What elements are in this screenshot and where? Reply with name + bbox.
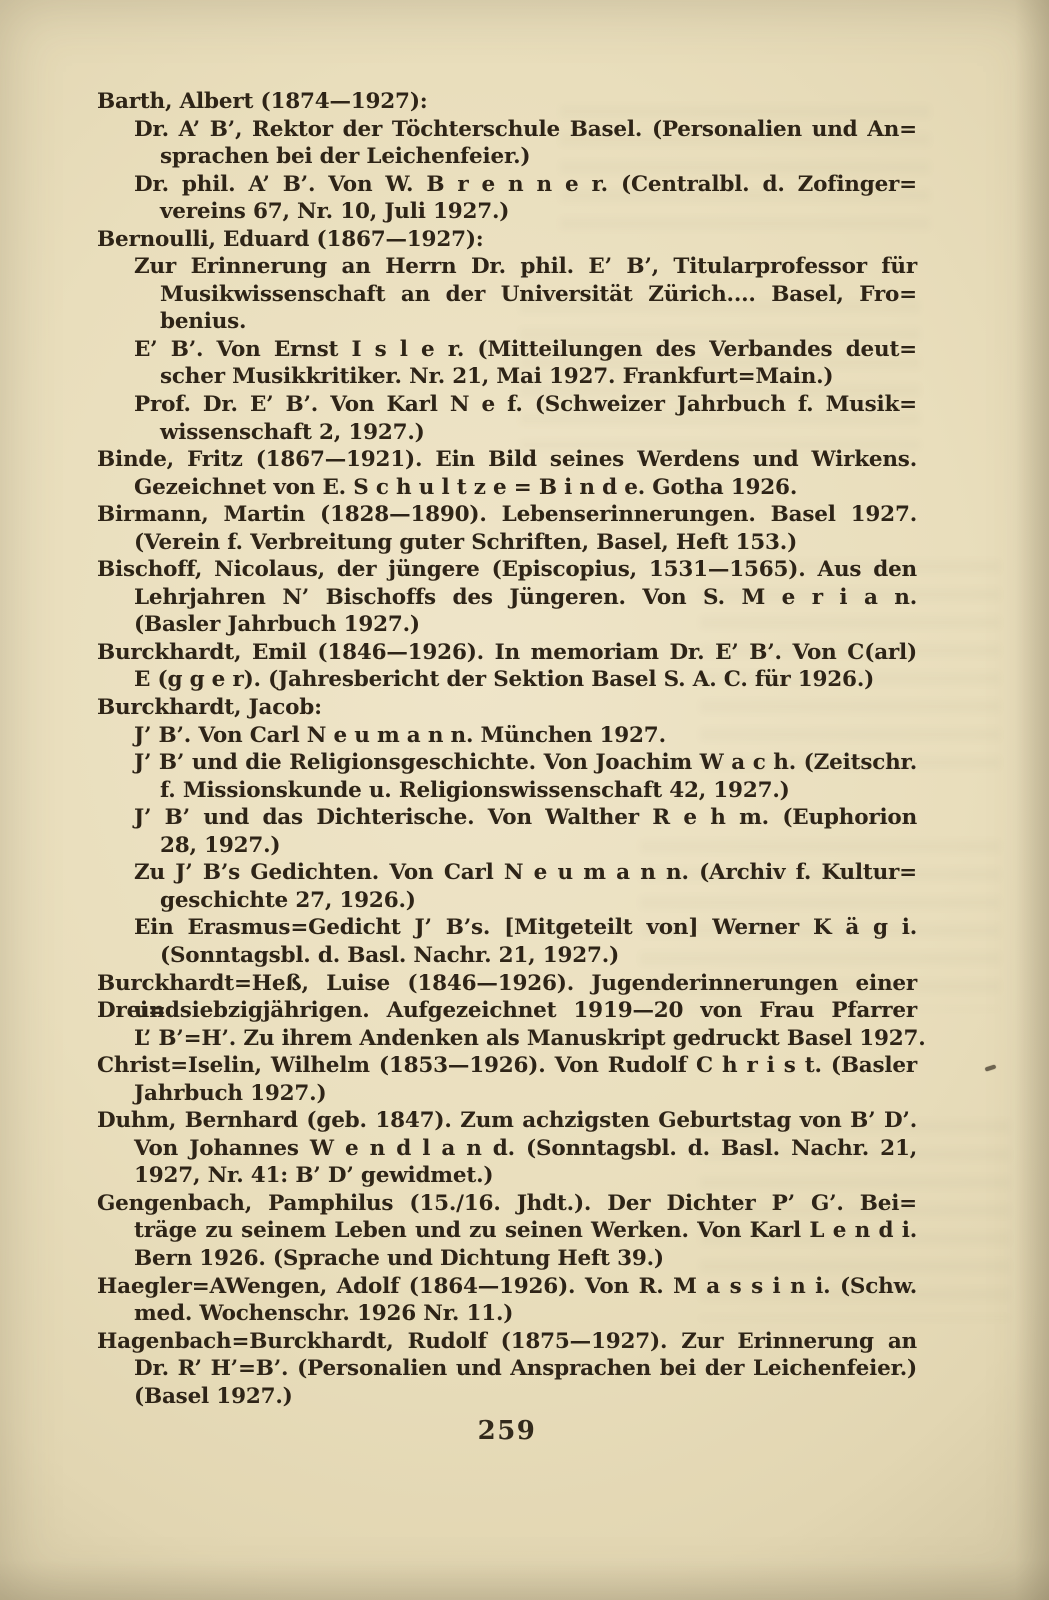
bibliography-line: Lehrjahren N’ Bischoffs des Jüngeren. Vo…: [97, 584, 917, 612]
bibliography-line: Von Johannes W e n d l a n d. (Sonntagsb…: [97, 1135, 917, 1163]
page-edge-shadow: [0, 1560, 1049, 1600]
bibliography-line: E’ B’. Von Ernst I s l e r. (Mitteilunge…: [97, 336, 917, 364]
bibliography-line: f. Missionskunde u. Religionswissenschaf…: [97, 777, 917, 805]
bibliography-line: scher Musikkritiker. Nr. 21, Mai 1927. F…: [97, 363, 917, 391]
bibliography-line: wissenschaft 2, 1927.): [97, 419, 917, 447]
bibliography-line: (Basler Jahrbuch 1927.): [97, 611, 917, 639]
bibliography-line: Barth, Albert (1874—1927):: [97, 88, 917, 116]
scanned-book-page: Barth, Albert (1874—1927):Dr. A’ B’, Rek…: [0, 0, 1049, 1600]
bibliography-line: Bischoff, Nicolaus, der jüngere (Episcop…: [97, 556, 917, 584]
paper-speck: [985, 1064, 997, 1071]
bibliography-line: Burckhardt=Heß, Luise (1846—1926). Jugen…: [97, 970, 917, 998]
bibliography-line: Zu J’ B’s Gedichten. Von Carl N e u m a …: [97, 859, 917, 887]
bibliography-text: Barth, Albert (1874—1927):Dr. A’ B’, Rek…: [97, 88, 917, 1410]
bibliography-line: sprachen bei der Leichenfeier.): [97, 143, 917, 171]
bibliography-line: undsiebzigjährigen. Aufgezeichnet 1919—2…: [97, 997, 917, 1025]
bibliography-line: (Verein f. Verbreitung guter Schriften, …: [97, 529, 917, 557]
bibliography-line: Burckhardt, Jacob:: [97, 694, 917, 722]
page-number: 259: [97, 1416, 917, 1446]
bibliography-line: Dr. phil. A’ B’. Von W. B r e n n e r. (…: [97, 171, 917, 199]
bibliography-line: Birmann, Martin (1828—1890). Lebenserinn…: [97, 501, 917, 529]
bibliography-line: Dr. A’ B’, Rektor der Töchterschule Base…: [97, 116, 917, 144]
bibliography-line: (Sonntagsbl. d. Basl. Nachr. 21, 1927.): [97, 942, 917, 970]
bibliography-line: E (g g e r). (Jahresbericht der Sektion …: [97, 666, 917, 694]
bibliography-line: 28, 1927.): [97, 832, 917, 860]
bibliography-line: (Basel 1927.): [97, 1383, 917, 1411]
bibliography-line: Bernoulli, Eduard (1867—1927):: [97, 226, 917, 254]
bibliography-line: Haegler=AWengen, Adolf (1864—1926). Von …: [97, 1273, 917, 1301]
bibliography-line: Gengenbach, Pamphilus (15./16. Jhdt.). D…: [97, 1190, 917, 1218]
bibliography-line: L’ B’=H’. Zu ihrem Andenken als Manuskri…: [97, 1025, 917, 1053]
bibliography-line: Burckhardt, Emil (1846—1926). In memoria…: [97, 639, 917, 667]
bibliography-line: Musikwissenschaft an der Universität Zür…: [97, 281, 917, 309]
bibliography-line: Bern 1926. (Sprache und Dichtung Heft 39…: [97, 1245, 917, 1273]
bibliography-line: Christ=Iselin, Wilhelm (1853—1926). Von …: [97, 1052, 917, 1080]
bibliography-line: Hagenbach=Burckhardt, Rudolf (1875—1927)…: [97, 1328, 917, 1356]
bibliography-line: J’ B’. Von Carl N e u m a n n. München 1…: [97, 722, 917, 750]
bibliography-line: Duhm, Bernhard (geb. 1847). Zum achzigst…: [97, 1107, 917, 1135]
bibliography-line: Binde, Fritz (1867—1921). Ein Bild seine…: [97, 446, 917, 474]
bibliography-line: Dr. R’ H’=B’. (Personalien und Ansprache…: [97, 1355, 917, 1383]
bibliography-line: 1927, Nr. 41: B’ D’ gewidmet.): [97, 1162, 917, 1190]
bibliography-line: Ein Erasmus=Gedicht J’ B’s. [Mitgeteilt …: [97, 914, 917, 942]
page-edge-shadow: [1015, 0, 1049, 1600]
bibliography-line: vereins 67, Nr. 10, Juli 1927.): [97, 198, 917, 226]
bibliography-line: Gezeichnet von E. S c h u l t z e = B i …: [97, 474, 917, 502]
bibliography-line: J’ B’ und das Dichterische. Von Walther …: [97, 804, 917, 832]
bibliography-line: med. Wochenschr. 1926 Nr. 11.): [97, 1300, 917, 1328]
bibliography-line: benius.: [97, 308, 917, 336]
bibliography-line: träge zu seinem Leben und zu seinen Werk…: [97, 1217, 917, 1245]
bibliography-line: Jahrbuch 1927.): [97, 1080, 917, 1108]
bibliography-line: Zur Erinnerung an Herrn Dr. phil. E’ B’,…: [97, 253, 917, 281]
bibliography-line: J’ B’ und die Religionsgeschichte. Von J…: [97, 749, 917, 777]
bibliography-line: geschichte 27, 1926.): [97, 887, 917, 915]
bibliography-line: Prof. Dr. E’ B’. Von Karl N e f. (Schwei…: [97, 391, 917, 419]
